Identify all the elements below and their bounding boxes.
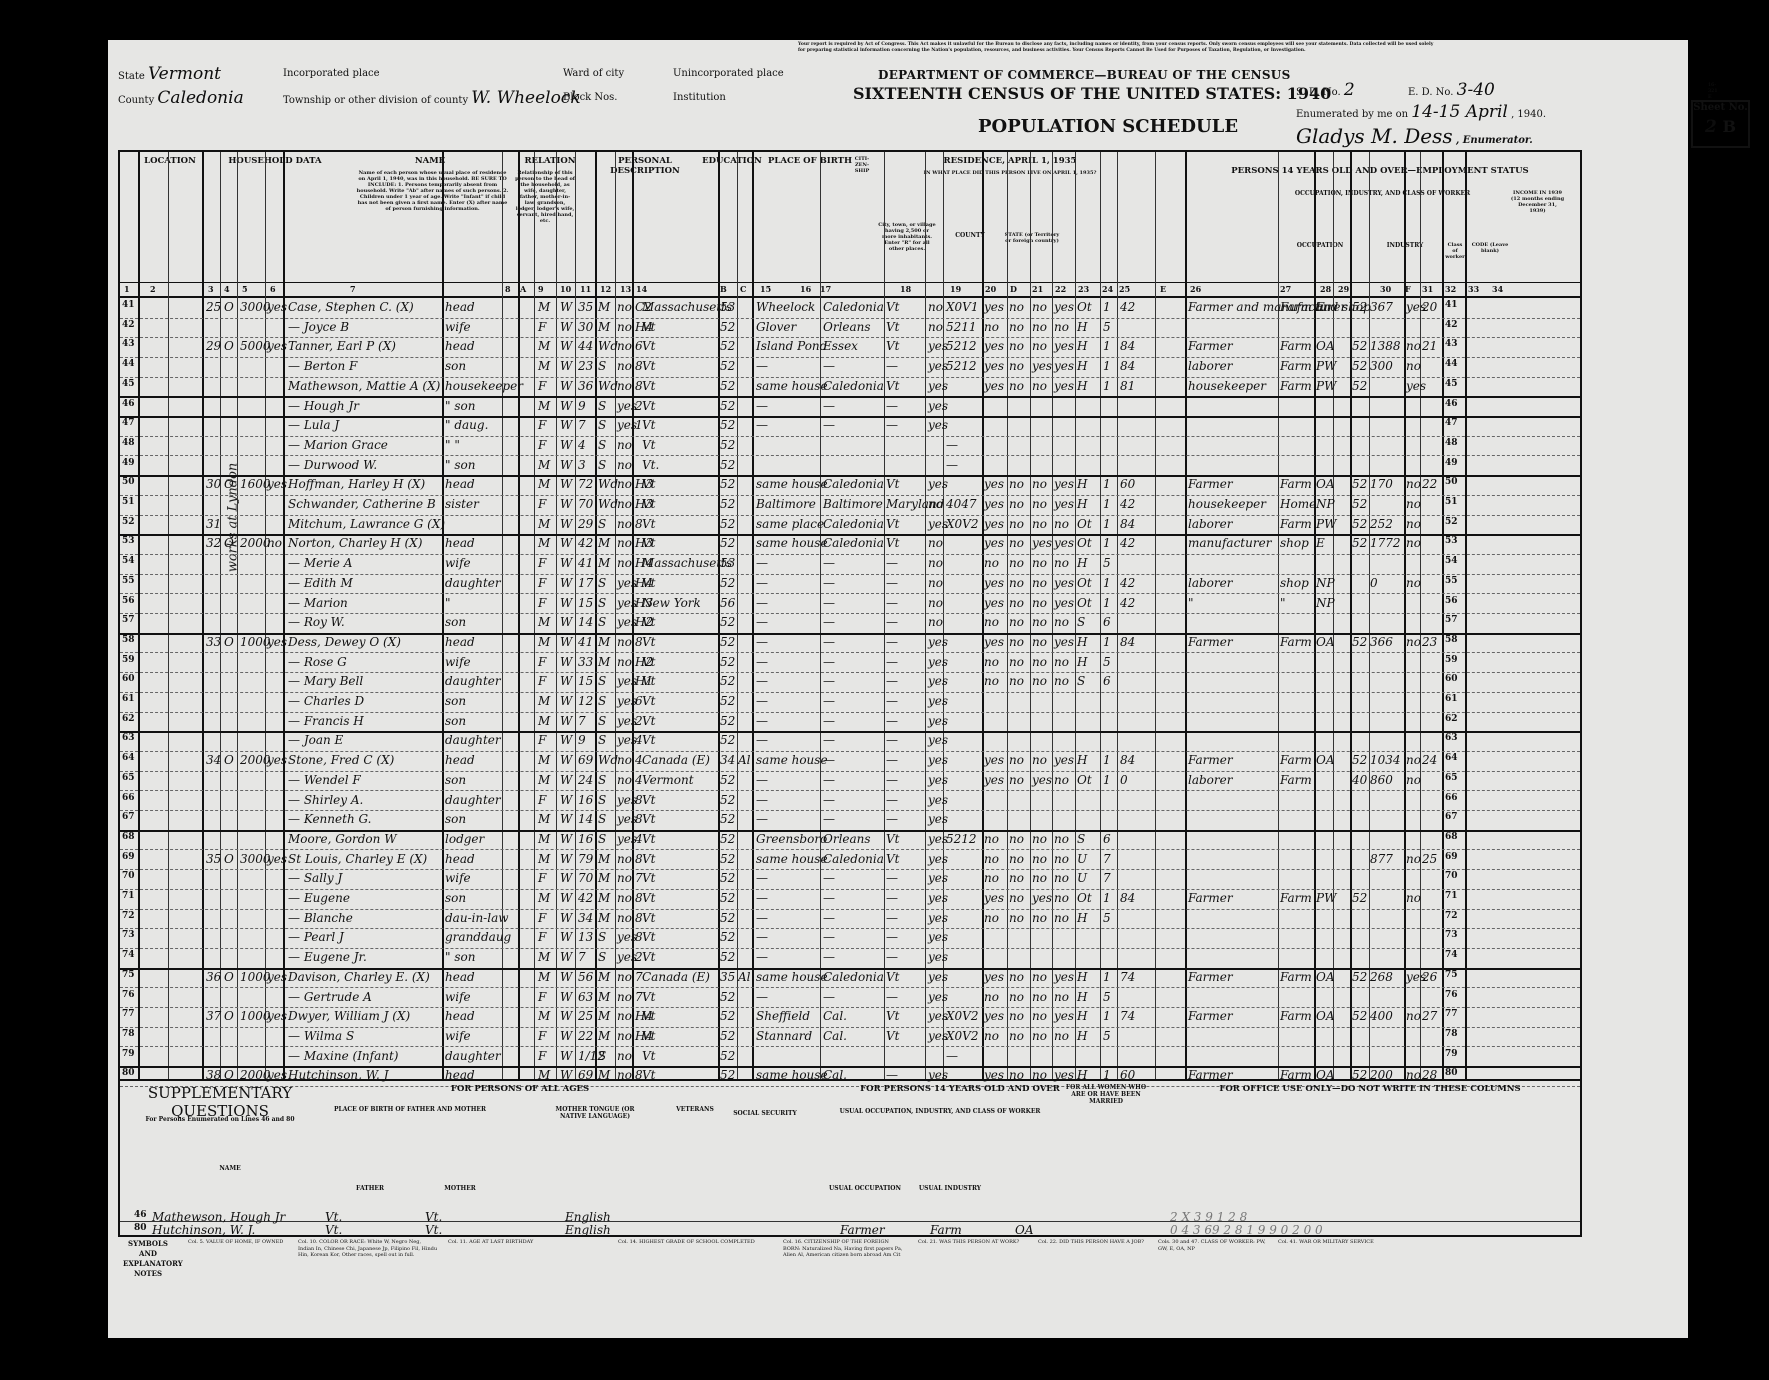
cell-line: 70 xyxy=(1445,871,1458,881)
cell-wks: 40 xyxy=(1352,773,1367,787)
cell-wage: 300 xyxy=(1370,359,1393,373)
cell-name: — Berton F xyxy=(288,359,357,373)
cell-sex: M xyxy=(538,812,550,826)
cell-bpc: 52 xyxy=(720,399,735,413)
cell-onfarm: yes xyxy=(928,773,948,787)
cell-wage: 268 xyxy=(1370,970,1393,984)
cell-line: 46 xyxy=(1445,399,1458,409)
ed-field: E. D. No. 3-40 xyxy=(1408,80,1495,100)
column-number: 4 xyxy=(224,284,230,294)
cell-wage: 252 xyxy=(1370,517,1393,531)
cell-line: 75 xyxy=(122,970,135,980)
cell-res_city: same house xyxy=(756,753,828,767)
cell-c25: H xyxy=(1077,497,1087,511)
cell-onfarm: yes xyxy=(928,674,948,688)
cell-res_city: same house xyxy=(756,852,828,866)
table-row: 5332O2000noNorton, Charley H (X)headMW42… xyxy=(120,534,1580,555)
cell-c24: yes xyxy=(1054,576,1074,590)
cell-c22: no xyxy=(1009,990,1024,1004)
cell-race: W xyxy=(560,930,572,944)
cell-ms: M xyxy=(598,911,610,925)
state-field: State Vermont xyxy=(118,64,221,84)
table-row: 51Schwander, Catherine BsisterFW70WdnoH3… xyxy=(120,495,1580,516)
cell-age: 24 xyxy=(578,773,593,787)
cell-own: O xyxy=(224,852,234,866)
cell-name: — Maxine (Infant) xyxy=(288,1049,398,1063)
cell-race: W xyxy=(560,852,572,866)
cell-farm: yes xyxy=(267,1009,287,1023)
cell-race: W xyxy=(560,733,572,747)
cell-res_county: — xyxy=(823,812,835,826)
cell-c23: yes xyxy=(1032,773,1052,787)
cell-race: W xyxy=(560,970,572,984)
cell-c22: no xyxy=(1009,320,1024,334)
supplementary-row: 80 Hutchinson, W. J. Vt. Vt. English Far… xyxy=(120,1221,1580,1234)
cell-res_county: — xyxy=(823,694,835,708)
cell-race: W xyxy=(560,339,572,353)
supplementary-title: SUPPLEMENTARY QUESTIONS xyxy=(140,1084,300,1120)
cell-line: 47 xyxy=(1445,418,1458,428)
cell-ms: S xyxy=(598,733,606,747)
cell-onfarm: no xyxy=(928,300,943,314)
state-value: Vermont xyxy=(148,64,221,84)
cell-sex: F xyxy=(538,655,546,669)
name-instructions: Name of each person whose usual place of… xyxy=(355,170,510,212)
cell-rel: " " xyxy=(445,438,460,452)
cell-age: 44 xyxy=(578,339,593,353)
cell-occ: laborer xyxy=(1188,359,1232,373)
cell-res_city: Sheffield xyxy=(756,1009,810,1023)
cell-res_county: — xyxy=(823,674,835,688)
cell-E: 1 xyxy=(1103,596,1111,610)
cell-res_county: — xyxy=(823,655,835,669)
cell-line: 51 xyxy=(1445,497,1458,507)
cell-bpc: 52 xyxy=(720,320,735,334)
cell-c23: yes xyxy=(1032,359,1052,373)
cell-name: — Lula J xyxy=(288,418,339,432)
cell-res_county: Caledonia xyxy=(823,477,884,491)
cell-rel: son xyxy=(445,812,466,826)
cell-res_state: Vt xyxy=(886,1009,900,1023)
cell-codeD: X0V1 xyxy=(946,300,978,314)
cell-c24: no xyxy=(1054,871,1069,885)
cell-occ: laborer xyxy=(1188,576,1232,590)
cell-sex: M xyxy=(538,359,550,373)
cell-bpc: 52 xyxy=(720,812,735,826)
cell-age: 69 xyxy=(578,753,593,767)
cell-rel: wife xyxy=(445,871,471,885)
cell-school: no xyxy=(617,1049,632,1063)
cell-c21: yes xyxy=(984,339,1004,353)
cell-res_city: — xyxy=(756,674,768,688)
cell-name: Schwander, Catherine B xyxy=(288,497,436,511)
cell-bpc: 53 xyxy=(720,556,735,570)
cell-hrs: 84 xyxy=(1120,891,1135,905)
cell-res_city: — xyxy=(756,793,768,807)
cell-res_county: — xyxy=(823,911,835,925)
cell-res_state: — xyxy=(886,674,898,688)
cell-hh: 37 xyxy=(206,1009,221,1023)
cell-sex: M xyxy=(538,753,550,767)
cell-cls: PW xyxy=(1316,891,1336,905)
cell-race: W xyxy=(560,812,572,826)
cell-name: — Kenneth G. xyxy=(288,812,371,826)
table-row: 45Mathewson, Mattie A (X)housekeeperFW36… xyxy=(120,377,1580,399)
cell-c21: yes xyxy=(984,300,1004,314)
cell-c21: yes xyxy=(984,635,1004,649)
cell-oth: no xyxy=(1406,536,1421,550)
cell-ms: S xyxy=(598,674,606,688)
cell-c25: H xyxy=(1077,556,1087,570)
cell-res_city: — xyxy=(756,655,768,669)
cell-ind: Farm xyxy=(1280,773,1312,787)
cell-name: Dwyer, William J (X) xyxy=(288,1009,410,1023)
cell-school: no xyxy=(617,911,632,925)
cell-sex: M xyxy=(538,891,550,905)
cell-c23: no xyxy=(1032,674,1047,688)
cell-wage: 400 xyxy=(1370,1009,1393,1023)
cell-bp: Vt xyxy=(642,694,656,708)
table-row: 56— Marion"FW15SyesH3New York56———noyesn… xyxy=(120,594,1580,615)
cell-E: 1 xyxy=(1103,497,1111,511)
cell-line: 72 xyxy=(122,911,135,921)
cell-race: W xyxy=(560,379,572,393)
cell-c24: no xyxy=(1054,1029,1069,1043)
cell-res_state: — xyxy=(886,950,898,964)
cell-bpc: 52 xyxy=(720,1029,735,1043)
cell-oth: no xyxy=(1406,773,1421,787)
cell-rel: son xyxy=(445,773,466,787)
cell-onfarm: yes xyxy=(928,635,948,649)
cell-farmsch: 25 xyxy=(1422,852,1437,866)
cell-bpc: 52 xyxy=(720,733,735,747)
cell-res_state: — xyxy=(886,694,898,708)
cell-oth: no xyxy=(1406,576,1421,590)
cell-race: W xyxy=(560,871,572,885)
cell-school: no xyxy=(617,970,632,984)
cell-age: 17 xyxy=(578,576,593,590)
cell-occ: " xyxy=(1188,596,1194,610)
cell-c23: no xyxy=(1032,556,1047,570)
table-row: 5030O1600yesHoffman, Harley H (X)headMW7… xyxy=(120,475,1580,496)
cell-hrs: 74 xyxy=(1120,1009,1135,1023)
cell-cls: OA xyxy=(1316,1009,1335,1023)
cell-occ: housekeeper xyxy=(1188,379,1266,393)
cell-race: W xyxy=(560,359,572,373)
cell-res_state: — xyxy=(886,891,898,905)
cell-line: 71 xyxy=(1445,891,1458,901)
cell-value: 3000 xyxy=(240,852,271,866)
cell-bp: Vt xyxy=(642,930,656,944)
column-number: 28 xyxy=(1320,284,1331,294)
cell-value: 1000 xyxy=(240,970,271,984)
cell-bpc: 52 xyxy=(720,773,735,787)
cell-cit: Al xyxy=(738,753,751,767)
cell-cls: NP xyxy=(1316,497,1335,511)
cell-wage: 1034 xyxy=(1370,753,1401,767)
cell-c25: H xyxy=(1077,1009,1087,1023)
cell-E: 5 xyxy=(1103,911,1111,925)
cell-hh: 25 xyxy=(206,300,221,314)
column-number: B xyxy=(720,284,727,294)
table-row: 65— Wendel FsonMW24Sno4Vermont52———yesye… xyxy=(120,771,1580,792)
cell-own: O xyxy=(224,635,234,649)
cell-school: no xyxy=(617,753,632,767)
cell-name: Case, Stephen C. (X) xyxy=(288,300,414,314)
cell-E: 5 xyxy=(1103,556,1111,570)
cell-c24: no xyxy=(1054,674,1069,688)
cell-c22: no xyxy=(1009,852,1024,866)
cell-line: 46 xyxy=(122,399,135,409)
cell-res_county: Cal. xyxy=(823,1029,847,1043)
cell-c23: no xyxy=(1032,477,1047,491)
cell-bpc: 52 xyxy=(720,714,735,728)
cell-c23: no xyxy=(1032,497,1047,511)
cell-farmsch: 21 xyxy=(1422,339,1437,353)
cell-cls: E xyxy=(1316,300,1325,314)
cell-c21: yes xyxy=(984,891,1004,905)
cell-line: 53 xyxy=(122,536,135,546)
cell-race: W xyxy=(560,1029,572,1043)
cell-bp: Vt xyxy=(642,1049,656,1063)
cell-c24: no xyxy=(1054,517,1069,531)
cell-cls: PW xyxy=(1316,359,1336,373)
cell-res_state: — xyxy=(886,596,898,610)
table-row: 79— Maxine (Infant)daughterFW1/12SnoVt52… xyxy=(120,1047,1580,1069)
cell-c24: yes xyxy=(1054,635,1074,649)
cell-farm: yes xyxy=(267,753,287,767)
cell-value: 1000 xyxy=(240,635,271,649)
cell-sex: F xyxy=(538,576,546,590)
cell-farm: yes xyxy=(267,635,287,649)
cell-onfarm: yes xyxy=(928,812,948,826)
column-number: 27 xyxy=(1280,284,1291,294)
cell-ms: M xyxy=(598,320,610,334)
cell-E: 1 xyxy=(1103,970,1111,984)
cell-E: 1 xyxy=(1103,339,1111,353)
column-number: 2 xyxy=(150,284,156,294)
cell-farm: yes xyxy=(267,970,287,984)
cell-res_city: — xyxy=(756,990,768,1004)
cell-name: Davison, Charley E. (X) xyxy=(288,970,430,984)
cell-ms: M xyxy=(598,871,610,885)
cell-school: no xyxy=(617,517,632,531)
cell-bp: Vt xyxy=(642,852,656,866)
cell-bpc: 52 xyxy=(720,576,735,590)
cell-bp: Vt xyxy=(642,950,656,964)
cell-res_city: — xyxy=(756,891,768,905)
cell-c23: no xyxy=(1032,1009,1047,1023)
cell-wage: 860 xyxy=(1370,773,1393,787)
cell-res_state: — xyxy=(886,911,898,925)
cell-E: 1 xyxy=(1103,300,1111,314)
cell-line: 74 xyxy=(122,950,135,960)
cell-occ: Farmer xyxy=(1188,970,1233,984)
cell-hrs: 42 xyxy=(1120,576,1135,590)
cell-value: 1000 xyxy=(240,1009,271,1023)
cell-race: W xyxy=(560,320,572,334)
column-number: C xyxy=(740,284,746,294)
population-table: LOCATION HOUSEHOLD DATA NAME Name of eac… xyxy=(118,150,1582,1081)
cell-res_county: — xyxy=(823,714,835,728)
cell-c21: yes xyxy=(984,596,1004,610)
cell-c23: no xyxy=(1032,1029,1047,1043)
cell-c23: no xyxy=(1032,379,1047,393)
cell-c24: no xyxy=(1054,832,1069,846)
cell-ms: Wd xyxy=(598,477,618,491)
cell-ms: S xyxy=(598,615,606,629)
cell-age: 70 xyxy=(578,497,593,511)
column-number: 8 xyxy=(505,284,511,294)
explanatory-notes: SYMBOLS AND EXPLANATORY NOTES Col. 5. VA… xyxy=(118,1235,1578,1295)
cell-ms: S xyxy=(598,596,606,610)
cell-onfarm: yes xyxy=(928,891,948,905)
cell-hrs: 84 xyxy=(1120,635,1135,649)
cell-age: 14 xyxy=(578,812,593,826)
cell-hrs: 42 xyxy=(1120,536,1135,550)
cell-rel: wife xyxy=(445,1029,471,1043)
cell-ms: M xyxy=(598,1029,610,1043)
cell-ind: Farm xyxy=(1280,339,1312,353)
cell-race: W xyxy=(560,517,572,531)
cell-cls: OA xyxy=(1316,477,1335,491)
cell-E: 1 xyxy=(1103,891,1111,905)
cell-line: 44 xyxy=(1445,359,1458,369)
table-row: 61— Charles DsonMW12Syes6Vt52———yes61 xyxy=(120,692,1580,713)
cell-name: — Wilma S xyxy=(288,1029,354,1043)
cell-c21: yes xyxy=(984,773,1004,787)
cell-ms: S xyxy=(598,694,606,708)
cell-age: 42 xyxy=(578,536,593,550)
cell-res_state: — xyxy=(886,990,898,1004)
cell-ms: M xyxy=(598,852,610,866)
cell-line: 43 xyxy=(122,339,135,349)
cell-bp: Vt xyxy=(642,793,656,807)
cell-rel: wife xyxy=(445,655,471,669)
cell-age: 30 xyxy=(578,320,593,334)
cell-bp: Vt. xyxy=(642,458,659,472)
cell-occ: Farmer xyxy=(1188,477,1233,491)
cell-onfarm: yes xyxy=(928,733,948,747)
column-number: 3 xyxy=(208,284,214,294)
cell-c22: no xyxy=(1009,655,1024,669)
cell-c25: Ot xyxy=(1077,891,1092,905)
cell-line: 64 xyxy=(122,753,135,763)
cell-own: O xyxy=(224,300,234,314)
cell-hh: 35 xyxy=(206,852,221,866)
cell-c21: no xyxy=(984,852,999,866)
column-number: 29 xyxy=(1338,284,1349,294)
cell-c22: no xyxy=(1009,497,1024,511)
cell-rel: wife xyxy=(445,556,471,570)
cell-res_county: Essex xyxy=(823,339,858,353)
cell-sex: F xyxy=(538,596,546,610)
cell-age: 16 xyxy=(578,793,593,807)
cell-ms: S xyxy=(598,714,606,728)
cell-rel: head xyxy=(445,852,475,866)
column-number: 19 xyxy=(950,284,961,294)
cell-ms: S xyxy=(598,832,606,846)
cell-c25: H xyxy=(1077,753,1087,767)
unincorporated-label: Unincorporated place xyxy=(673,68,784,79)
cell-res_city: — xyxy=(756,596,768,610)
cell-res_city: same house xyxy=(756,970,828,984)
cell-onfarm: yes xyxy=(928,990,948,1004)
cell-rel: son xyxy=(445,714,466,728)
table-row: 66— Shirley A.daughterFW16Syes8Vt52———ye… xyxy=(120,791,1580,812)
cell-res_state: Vt xyxy=(886,379,900,393)
table-row: 71— EugenesonMW42Mno8Vt52———yesyesnoyesn… xyxy=(120,889,1580,910)
cell-race: W xyxy=(560,911,572,925)
table-row: 72— Blanchedau-in-lawFW34Mno8Vt52———yesn… xyxy=(120,909,1580,930)
cell-E: 7 xyxy=(1103,871,1111,885)
block-label: Block Nos. xyxy=(563,92,618,103)
cell-bp: Vt xyxy=(642,990,656,1004)
cell-rel: daughter xyxy=(445,733,501,747)
cell-name: — Rose G xyxy=(288,655,347,669)
cell-line: 59 xyxy=(122,655,135,665)
cell-farm: no xyxy=(267,536,282,550)
cell-bpc: 52 xyxy=(720,1009,735,1023)
cell-bpc: 53 xyxy=(720,300,735,314)
cell-sex: M xyxy=(538,773,550,787)
cell-c23: no xyxy=(1032,990,1047,1004)
table-row: 62— Francis HsonMW7Syes2Vt52———yes62 xyxy=(120,712,1580,734)
cell-line: 80 xyxy=(122,1068,135,1078)
cell-E: 1 xyxy=(1103,477,1111,491)
cell-res_city: — xyxy=(756,399,768,413)
cell-school: no xyxy=(617,339,632,353)
cell-res_state: Vt xyxy=(886,477,900,491)
cell-sex: F xyxy=(538,871,546,885)
cell-age: 34 xyxy=(578,911,593,925)
cell-ind: Farm xyxy=(1280,517,1312,531)
cell-res_county: — xyxy=(823,556,835,570)
column-number: 6 xyxy=(270,284,276,294)
table-row: 5833O1000yesDess, Dewey O (X)headMW41Mno… xyxy=(120,633,1580,654)
cell-res_county: Orleans xyxy=(823,832,871,846)
cell-age: 36 xyxy=(578,379,593,393)
table-row: 70— Sally JwifeFW70Mno7Vt52———yesnononon… xyxy=(120,869,1580,890)
cell-race: W xyxy=(560,891,572,905)
cell-onfarm: yes xyxy=(928,930,948,944)
cell-occ: housekeeper xyxy=(1188,497,1266,511)
cell-line: 74 xyxy=(1445,950,1458,960)
cell-race: W xyxy=(560,497,572,511)
schedule-title: POPULATION SCHEDULE xyxy=(978,116,1238,137)
cell-bp: Vt xyxy=(642,379,656,393)
cell-school: no xyxy=(617,497,632,511)
cell-bp: Vt xyxy=(642,497,656,511)
cell-age: 41 xyxy=(578,556,593,570)
table-row: 5231Mitchum, Lawrance G (X)MW29Sno8Vt52s… xyxy=(120,515,1580,537)
cell-oth: no xyxy=(1406,477,1421,491)
cell-c25: H xyxy=(1077,655,1087,669)
cell-onfarm: yes xyxy=(928,852,948,866)
cell-line: 43 xyxy=(1445,339,1458,349)
cell-name: Moore, Gordon W xyxy=(288,832,397,846)
cell-c22: no xyxy=(1009,359,1024,373)
cell-hh: 29 xyxy=(206,339,221,353)
cell-c22: no xyxy=(1009,773,1024,787)
cell-line: 56 xyxy=(122,596,135,606)
column-number: 18 xyxy=(900,284,911,294)
cell-wks: 52 xyxy=(1352,497,1367,511)
cell-school: no xyxy=(617,536,632,550)
cell-oth: no xyxy=(1406,339,1421,353)
supplementary-row: 46 Mathewson, Hough Jr Vt. Vt. English 2… xyxy=(120,1208,1580,1222)
cell-codeD: 5212 xyxy=(946,339,977,353)
